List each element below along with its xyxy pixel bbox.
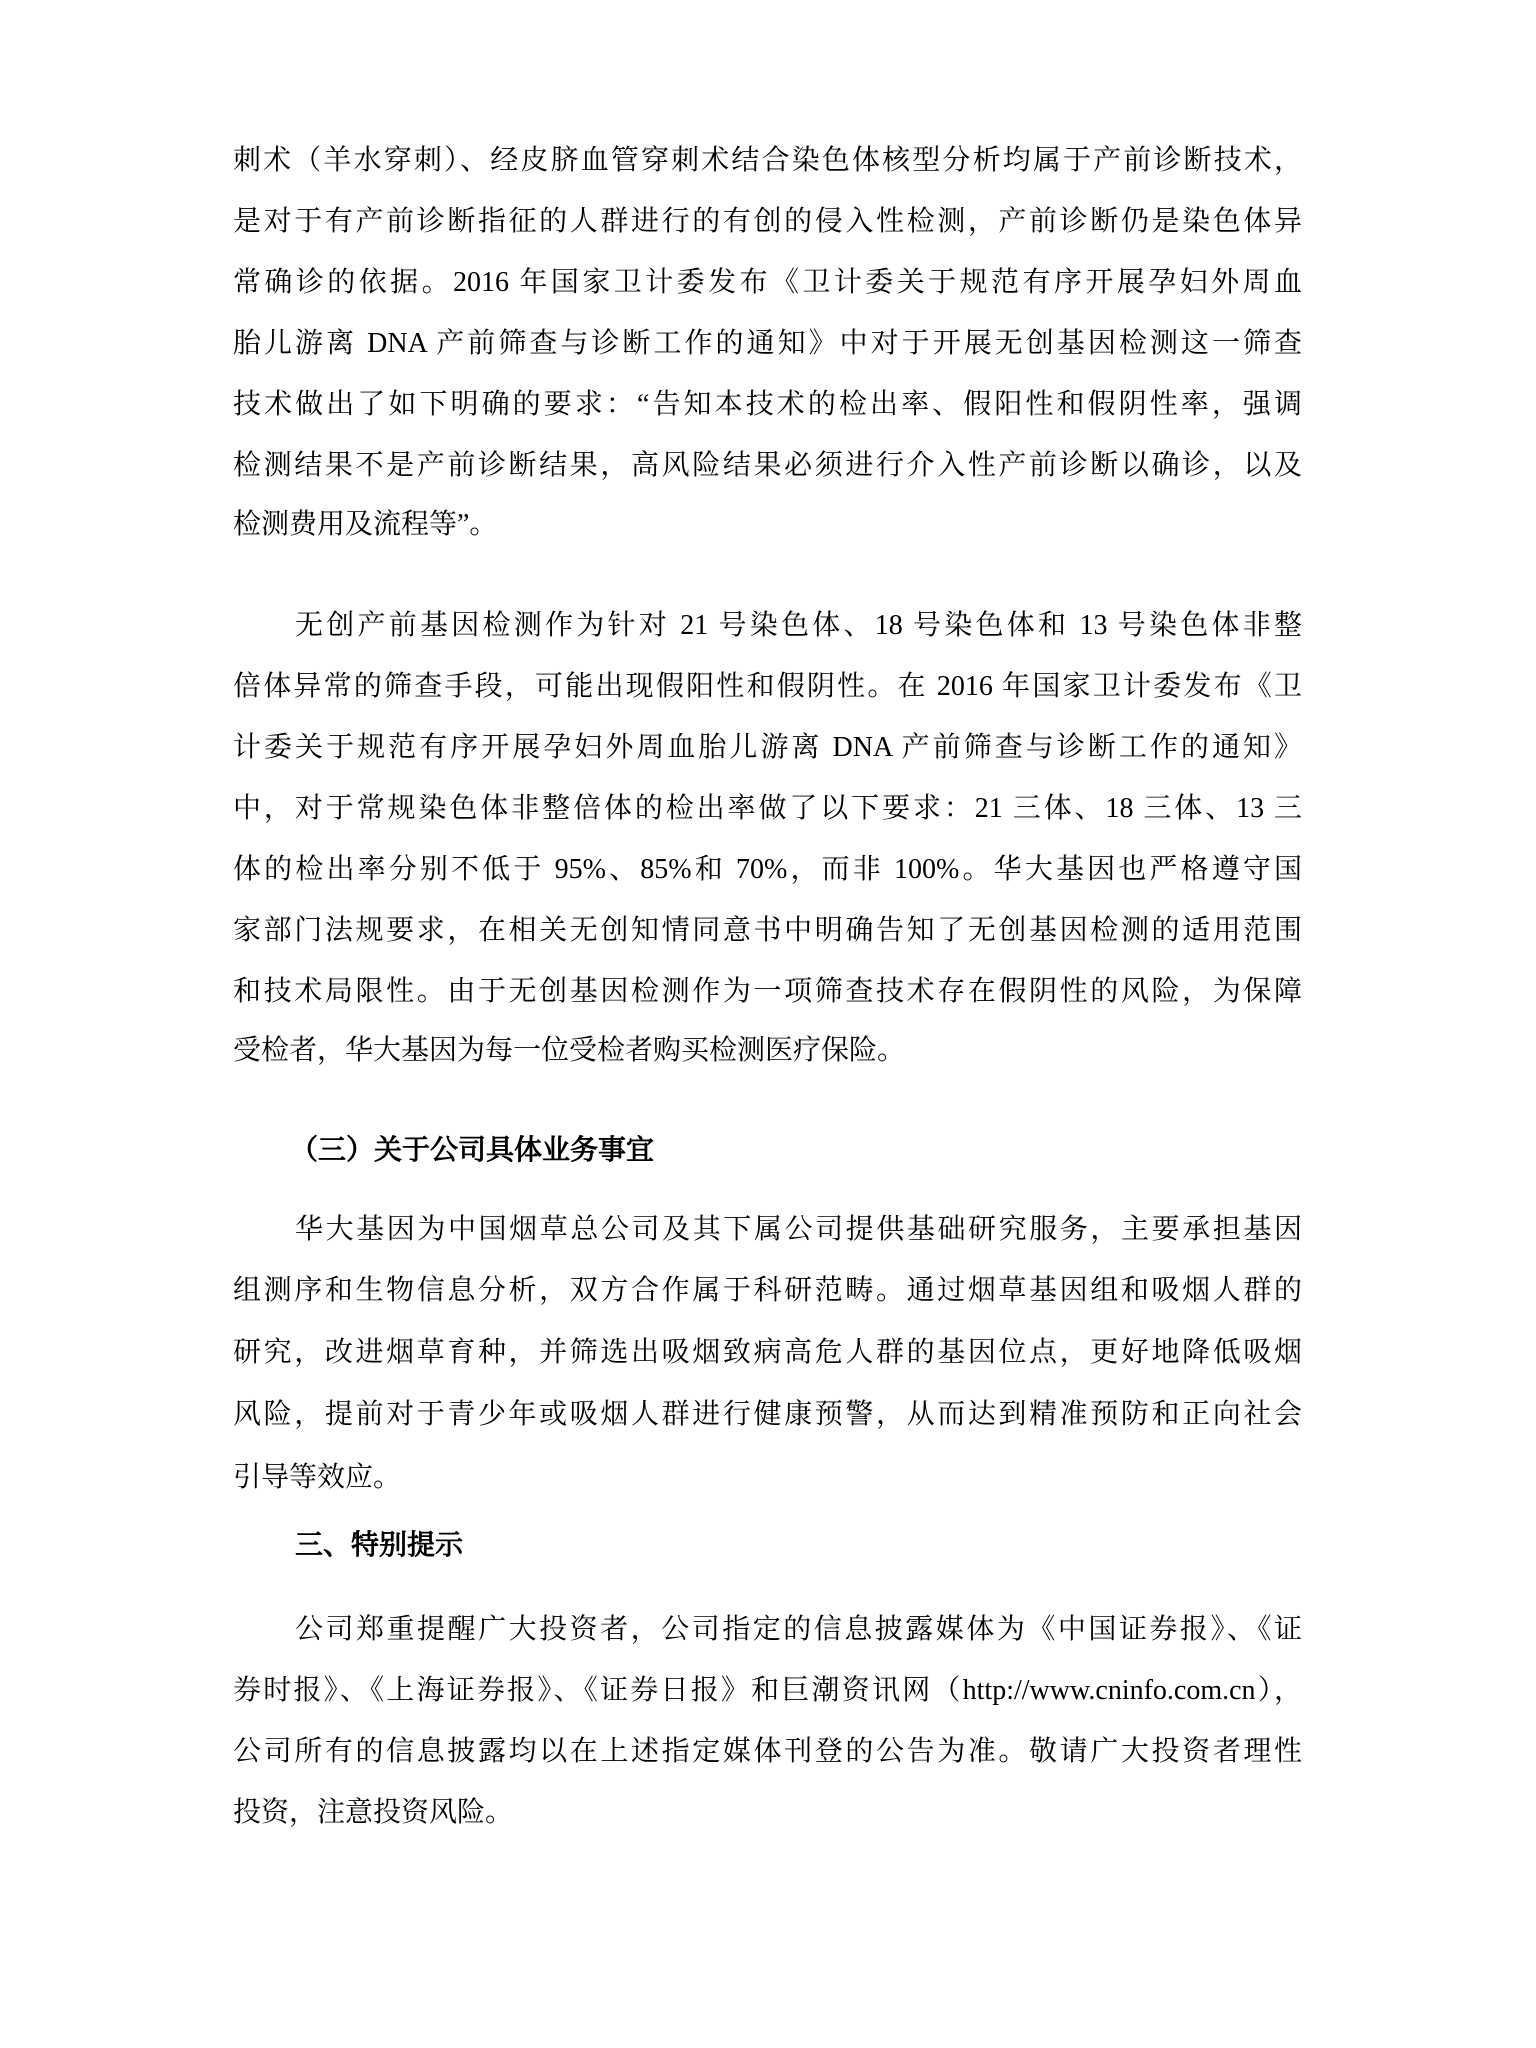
section-heading: 三、特别提示 — [295, 1528, 463, 1562]
text-line: 技术做出了如下明确的要求：“告知本技术的检出率、假阳性和假阴性率，强调 — [233, 388, 1302, 422]
text-line: 体的检出率分别不低于 95%、85%和 70%，而非 100%。华大基因也严格遵… — [233, 853, 1302, 887]
text-line-with-url: 券时报》、《上海证券报》、《证券日报》和巨潮资讯网（http://www.cni… — [233, 1674, 1302, 1708]
text-line: 常确诊的依据。2016 年国家卫计委发布《卫计委关于规范有序开展孕妇外周血 — [233, 266, 1302, 300]
text-line: 组测序和生物信息分析，双方合作属于科研范畴。通过烟草基因组和吸烟人群的 — [233, 1274, 1302, 1308]
text-line: 风险，提前对于青少年或吸烟人群进行健康预警，从而达到精准预防和正向社会 — [233, 1398, 1302, 1432]
text-line: 检测结果不是产前诊断结果，高风险结果必须进行介入性产前诊断以确诊，以及 — [233, 449, 1302, 483]
text-line: 是对于有产前诊断指征的人群进行的有创的侵入性检测，产前诊断仍是染色体异 — [233, 205, 1302, 239]
text-line: 无创产前基因检测作为针对 21 号染色体、18 号染色体和 13 号染色体非整 — [295, 609, 1302, 643]
document-page: 刺术（羊水穿刺）、经皮脐血管穿刺术结合染色体核型分析均属于产前诊断技术， 是对于… — [0, 0, 1536, 2048]
text-line: 胎儿游离 DNA 产前筛查与诊断工作的通知》中对于开展无创基因检测这一筛查 — [233, 327, 1302, 361]
text-line: 公司所有的信息披露均以在上述指定媒体刊登的公告为准。敬请广大投资者理性 — [233, 1735, 1302, 1769]
subsection-heading: （三）关于公司具体业务事宜 — [290, 1133, 654, 1167]
text-line: 倍体异常的筛查手段，可能出现假阳性和假阴性。在 2016 年国家卫计委发布《卫 — [233, 670, 1302, 704]
text-line: 研究，改进烟草育种，并筛选出吸烟致病高危人群的基因位点，更好地降低吸烟 — [233, 1336, 1302, 1370]
text-line: 计委关于规范有序开展孕妇外周血胎儿游离 DNA 产前筛查与诊断工作的通知》 — [233, 731, 1302, 765]
text-line: 受检者，华大基因为每一位受检者购买检测医疗保险。 — [233, 1034, 1302, 1068]
text-line: 公司郑重提醒广大投资者，公司指定的信息披露媒体为《中国证券报》、《证 — [295, 1613, 1302, 1647]
text-line: 华大基因为中国烟草总公司及其下属公司提供基础研究服务，主要承担基因 — [295, 1213, 1302, 1247]
text-line: 刺术（羊水穿刺）、经皮脐血管穿刺术结合染色体核型分析均属于产前诊断技术， — [233, 144, 1302, 178]
text-line: 家部门法规要求，在相关无创知情同意书中明确告知了无创基因检测的适用范围 — [233, 914, 1302, 948]
text-line: 和技术局限性。由于无创基因检测作为一项筛查技术存在假阴性的风险，为保障 — [233, 975, 1302, 1009]
text-line: 中，对于常规染色体非整倍体的检出率做了以下要求：21 三体、18 三体、13 三 — [233, 792, 1302, 826]
text-line: 检测费用及流程等”。 — [233, 508, 1302, 542]
text-line: 投资，注意投资风险。 — [233, 1796, 1302, 1830]
text-line: 引导等效应。 — [233, 1461, 1302, 1495]
